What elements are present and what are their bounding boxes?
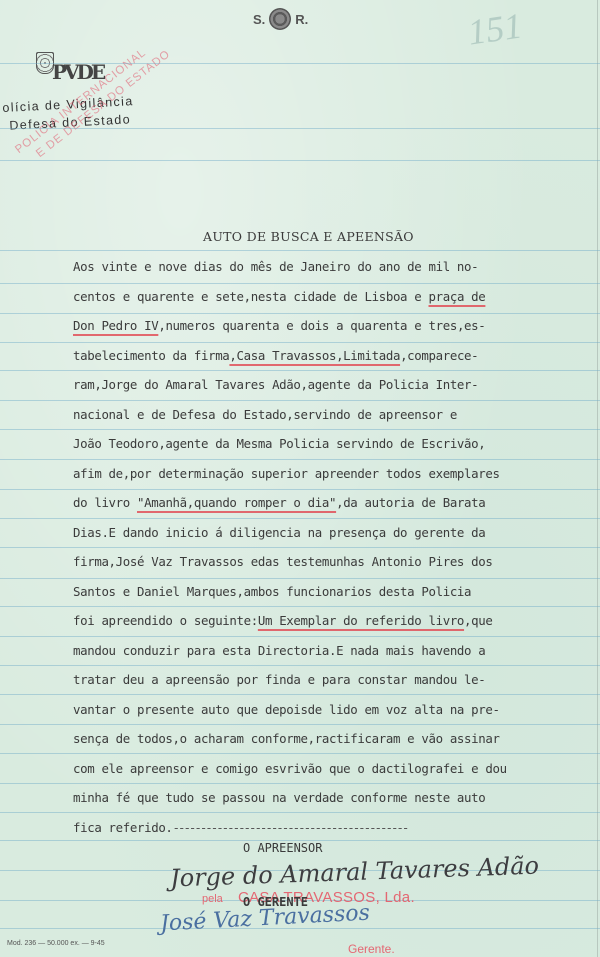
company-stamp-prefix: pela	[202, 893, 223, 905]
document-line: sença de todos,o acharam conforme,ractif…	[73, 731, 500, 746]
line-text: ,da autoria de Barata	[336, 495, 485, 510]
ruled-line	[0, 783, 600, 784]
document-line: foi apreendido o seguinte:Um Exemplar do…	[73, 613, 493, 628]
ruled-line	[0, 160, 600, 161]
form-code: Mod. 236 — 50.000 ex. — 9-45	[7, 940, 105, 947]
line-text: ram,Jorge do Amaral Tavares Adão,agente …	[73, 377, 478, 392]
line-text: tabelecimento da firma	[73, 348, 229, 363]
line-text: firma,José Vaz Travassos edas testemunha…	[73, 554, 492, 569]
document-line: centos e quarente e sete,nesta cidade de…	[73, 289, 485, 304]
ruled-line	[0, 578, 600, 579]
document-line: ram,Jorge do Amaral Tavares Adão,agente …	[73, 377, 478, 392]
gerente-signature: José Vaz Travassos	[159, 901, 370, 937]
ruled-line	[0, 313, 600, 314]
ruled-line	[0, 665, 600, 666]
ruled-line	[0, 283, 600, 284]
coat-of-arms-seal-icon	[269, 8, 291, 30]
underlined-text: praça de	[429, 289, 486, 304]
line-text: do livro	[73, 495, 137, 510]
document-line: Aos vinte e nove dias do mês de Janeiro …	[73, 259, 478, 274]
ruled-line	[0, 250, 600, 251]
line-text: tratar deu a apreensão por finda e para …	[73, 672, 485, 687]
ruled-line	[0, 547, 600, 548]
line-text: vantar o presente auto que depoisde lido…	[73, 702, 500, 717]
document-line: minha fé que tudo se passou na verdade c…	[73, 790, 485, 805]
line-text: nacional e de Defesa do Estado,servindo …	[73, 407, 457, 422]
apreensor-signature: Jorge do Amaral Tavares Adão	[170, 852, 540, 893]
ruled-line	[0, 63, 600, 64]
sr-seal-header: S. R.	[253, 8, 308, 30]
line-text: João Teodoro,agente da Mesma Policia ser…	[73, 436, 485, 451]
pvde-logo: PVDE	[36, 52, 92, 90]
ruled-line	[0, 400, 600, 401]
line-text: Santos e Daniel Marques,ambos funcionari…	[73, 584, 471, 599]
document-line: mandou conduzir para esta Directoria.E n…	[73, 643, 485, 658]
ruled-line	[0, 128, 600, 129]
line-text: ----------------------------------------…	[173, 820, 408, 835]
document-line: afim de,por determinação superior apreen…	[73, 466, 500, 481]
document-line: fica referido.--------------------------…	[73, 820, 407, 835]
ruled-line	[0, 518, 600, 519]
line-text: ,numeros quarenta e dois a quarenta e tr…	[158, 318, 485, 333]
document-line: firma,José Vaz Travassos edas testemunha…	[73, 554, 492, 569]
document-line: Dias.E dando inicio á diligencia na pres…	[73, 525, 485, 540]
ruled-line	[0, 370, 600, 371]
line-text: ,comparece-	[400, 348, 478, 363]
document-line: com ele apreensor e comigo esvrivão que …	[73, 761, 507, 776]
document-line: tabelecimento da firma,Casa Travassos,Li…	[73, 348, 478, 363]
document-line: vantar o presente auto que depoisde lido…	[73, 702, 500, 717]
document-line: João Teodoro,agente da Mesma Policia ser…	[73, 436, 485, 451]
document-line: nacional e de Defesa do Estado,servindo …	[73, 407, 457, 422]
ruled-line	[0, 429, 600, 430]
document-line: Don Pedro IV,numeros quarenta e dois a q…	[73, 318, 485, 333]
underlined-text: ,Casa Travassos,Limitada	[229, 348, 400, 363]
ruled-line	[0, 636, 600, 637]
ruled-line	[0, 342, 600, 343]
document-line: Santos e Daniel Marques,ambos funcionari…	[73, 584, 471, 599]
ruled-line	[0, 724, 600, 725]
document-page: S. R. 151 PVDE olícia de Vigilância Defe…	[0, 0, 600, 957]
sr-right-text: R.	[295, 12, 308, 27]
line-text: afim de,por determinação superior apreen…	[73, 466, 500, 481]
ruled-line	[0, 459, 600, 460]
ruled-line	[0, 753, 600, 754]
ruled-line	[0, 606, 600, 607]
gerente-stamp: Gerente.	[348, 942, 395, 956]
line-text: Aos vinte e nove dias do mês de Janeiro …	[73, 259, 478, 274]
line-text: sença de todos,o acharam conforme,ractif…	[73, 731, 500, 746]
line-text: foi apreendido o seguinte:	[73, 613, 258, 628]
document-line: do livro "Amanhã,quando romper o dia",da…	[73, 495, 485, 510]
line-text: fica referido.	[73, 820, 173, 835]
ruled-line	[0, 694, 600, 695]
line-text: com ele apreensor e comigo esvrivão que …	[73, 761, 507, 776]
apreensor-label: O APREENSOR	[243, 841, 322, 855]
sr-left-text: S.	[253, 12, 265, 27]
page-edge	[597, 0, 598, 957]
line-text: mandou conduzir para esta Directoria.E n…	[73, 643, 485, 658]
document-line: tratar deu a apreensão por finda e para …	[73, 672, 485, 687]
page-number: 151	[465, 4, 524, 53]
underlined-text: Don Pedro IV	[73, 318, 158, 333]
document-title: AUTO DE BUSCA E APEENSÃO	[203, 229, 414, 244]
underlined-text: "Amanhã,quando romper o dia"	[137, 495, 336, 510]
line-text: centos e quarente e sete,nesta cidade de…	[73, 289, 429, 304]
line-text: ,que	[464, 613, 492, 628]
line-text: minha fé que tudo se passou na verdade c…	[73, 790, 485, 805]
ruled-line	[0, 489, 600, 490]
ruled-line	[0, 812, 600, 813]
underlined-text: Um Exemplar do referido livro	[258, 613, 464, 628]
line-text: Dias.E dando inicio á diligencia na pres…	[73, 525, 485, 540]
